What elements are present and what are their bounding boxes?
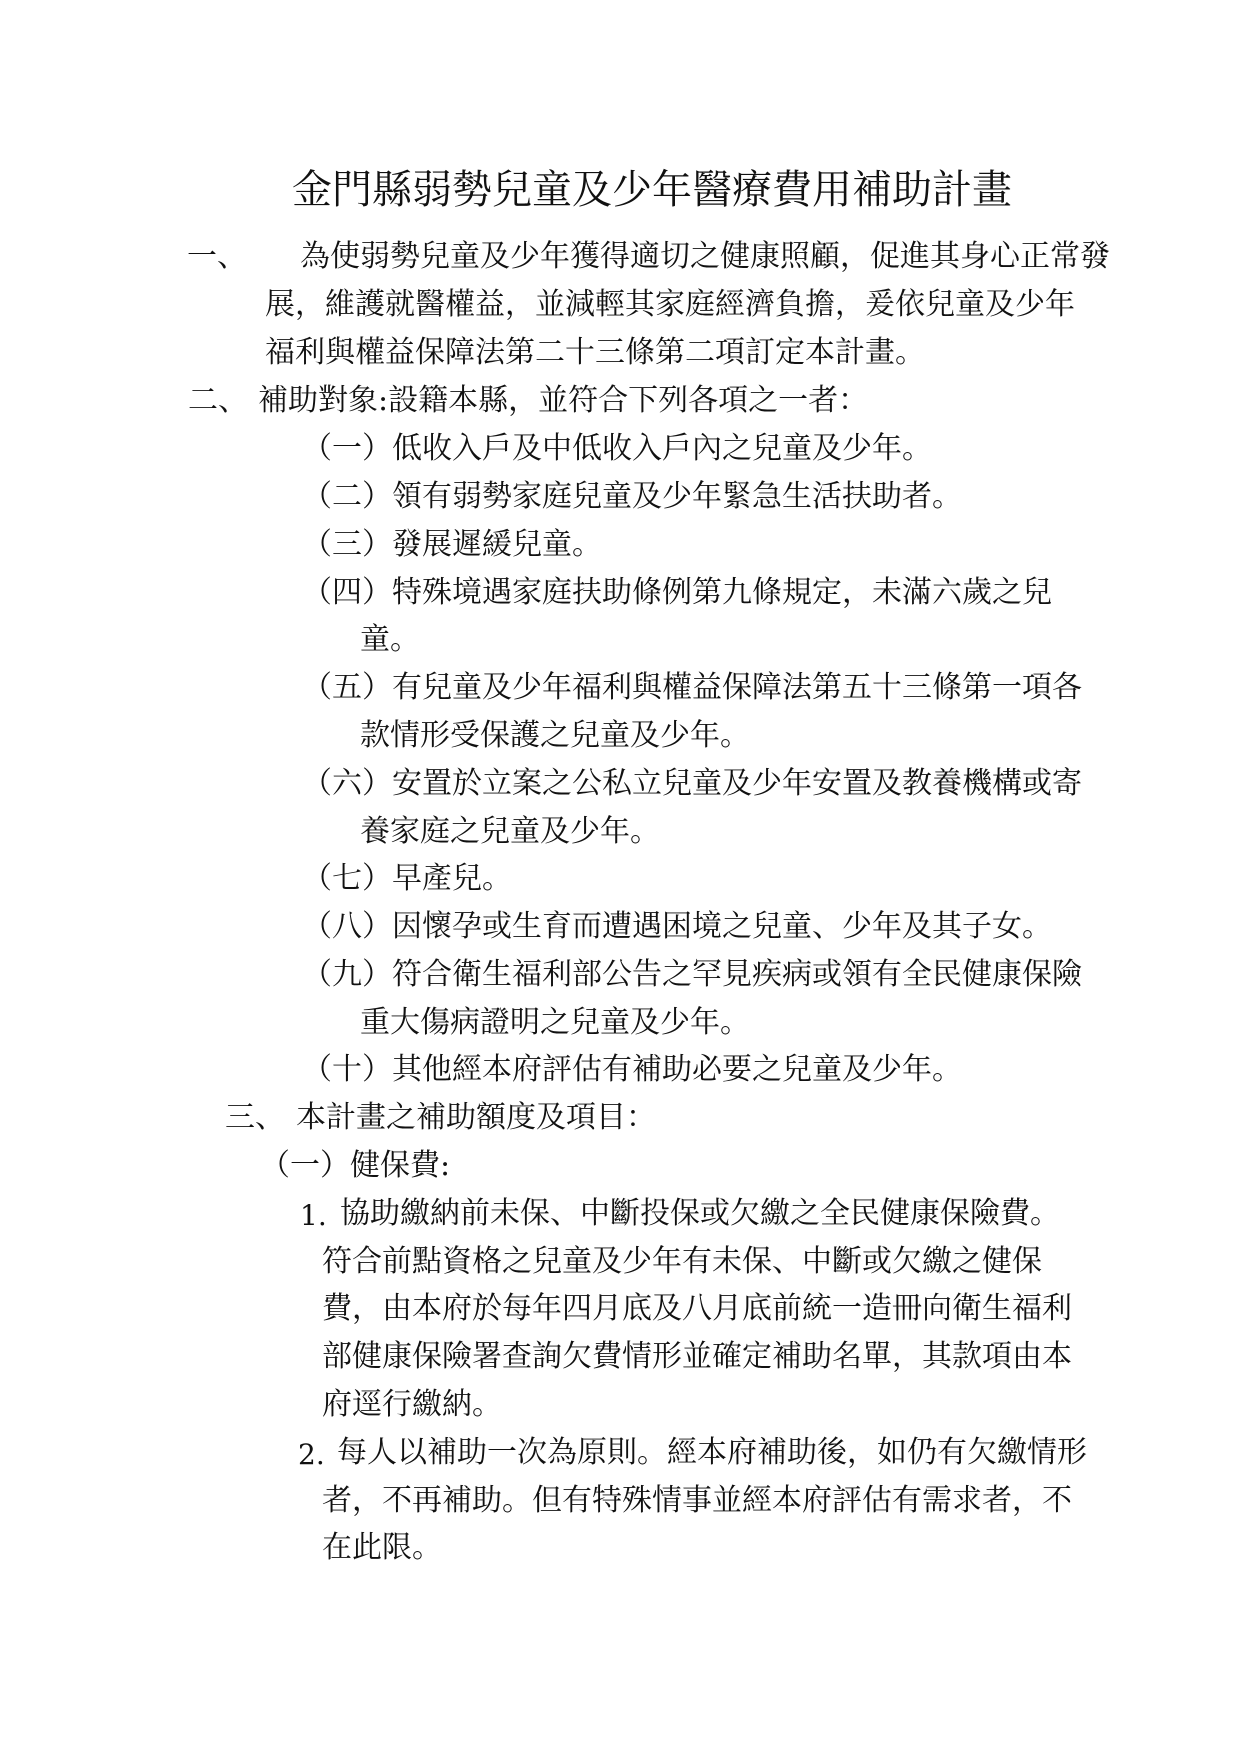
section-3-sub-1-item-1-line-4: 部健康保險署查詢欠費情形並確定補助名單，其款項由本 xyxy=(322,1338,1072,1376)
section-2-item-4-line-1: （四）特殊境遇家庭扶助條例第九條規定，未滿六歲之兒 xyxy=(302,574,1052,612)
section-3-sub-1-item-1-line-1: 協助繳納前未保、中斷投保或欠繳之全民健康保險費。 xyxy=(340,1195,1060,1233)
section-3-sub-1-item-2-line-3: 在此限。 xyxy=(322,1529,442,1567)
section-3-sub-1-item-1-line-5: 府逕行繳納。 xyxy=(322,1386,502,1424)
section-3-sub-1-item-2-line-1: 每人以補助一次為原則。經本府補助後，如仍有欠繳情形 xyxy=(337,1434,1087,1472)
section-2-item-6-line-2: 養家庭之兒童及少年。 xyxy=(360,813,660,851)
section-1-line-2: 展，維護就醫權益，並減輕其家庭經濟負擔，爰依兒童及少年 xyxy=(265,286,1075,324)
section-3-heading: 本計畫之補助額度及項目： xyxy=(296,1099,656,1137)
section-2-item-9-line-1: （九）符合衛生福利部公告之罕見疾病或領有全民健康保險 xyxy=(302,956,1082,994)
section-3-sub-1-item-1-line-3: 費，由本府於每年四月底及八月底前統一造冊向衛生福利 xyxy=(322,1290,1072,1328)
section-3-sub-1-heading: （一）健保費: xyxy=(260,1147,450,1185)
section-1-line-1: 為使弱勢兒童及少年獲得適切之健康照顧，促進其身心正常發 xyxy=(300,238,1110,276)
section-2-heading: 補助對象:設籍本縣，並符合下列各項之一者： xyxy=(258,382,868,420)
section-3-sub-1-item-1-line-2: 符合前點資格之兒童及少年有未保、中斷或欠繳之健保 xyxy=(322,1243,1042,1281)
section-2-item-1: （一）低收入戶及中低收入戶內之兒童及少年。 xyxy=(302,430,932,468)
section-2-item-7: （七）早產兒。 xyxy=(302,860,512,898)
section-2-item-9-line-2: 重大傷病證明之兒童及少年。 xyxy=(360,1004,750,1042)
document-title: 金門縣弱勢兒童及少年醫療費用補助計畫 xyxy=(292,166,1012,214)
section-2-item-10: （十）其他經本府評估有補助必要之兒童及少年。 xyxy=(302,1051,962,1089)
section-2-item-2: （二）領有弱勢家庭兒童及少年緊急生活扶助者。 xyxy=(302,478,962,516)
section-2-item-5-line-2: 款情形受保護之兒童及少年。 xyxy=(360,717,750,755)
section-2-number: 二、 xyxy=(188,382,248,420)
section-2-item-6-line-1: （六）安置於立案之公私立兒童及少年安置及教養機構或寄 xyxy=(302,765,1082,803)
section-1-number: 一、 xyxy=(187,238,247,276)
section-3-sub-1-item-2-line-2: 者，不再補助。但有特殊情事並經本府評估有需求者，不 xyxy=(322,1482,1072,1520)
section-2-item-5-line-1: （五）有兒童及少年福利與權益保障法第五十三條第一項各 xyxy=(302,669,1082,707)
section-2-item-3: （三）發展遲緩兒童。 xyxy=(302,526,602,564)
section-2-item-4-line-2: 童。 xyxy=(360,621,420,659)
section-3-sub-1-item-1-number: 1. xyxy=(300,1197,327,1235)
section-3-number: 三、 xyxy=(225,1099,285,1137)
section-1-line-3: 福利與權益保障法第二十三條第二項訂定本計畫。 xyxy=(265,334,925,372)
section-3-sub-1-item-2-number: 2. xyxy=(298,1436,325,1474)
section-2-item-8: （八）因懷孕或生育而遭遇困境之兒童、少年及其子女。 xyxy=(302,908,1052,946)
document-page: 金門縣弱勢兒童及少年醫療費用補助計畫 一、 為使弱勢兒童及少年獲得適切之健康照顧… xyxy=(0,0,1240,1754)
